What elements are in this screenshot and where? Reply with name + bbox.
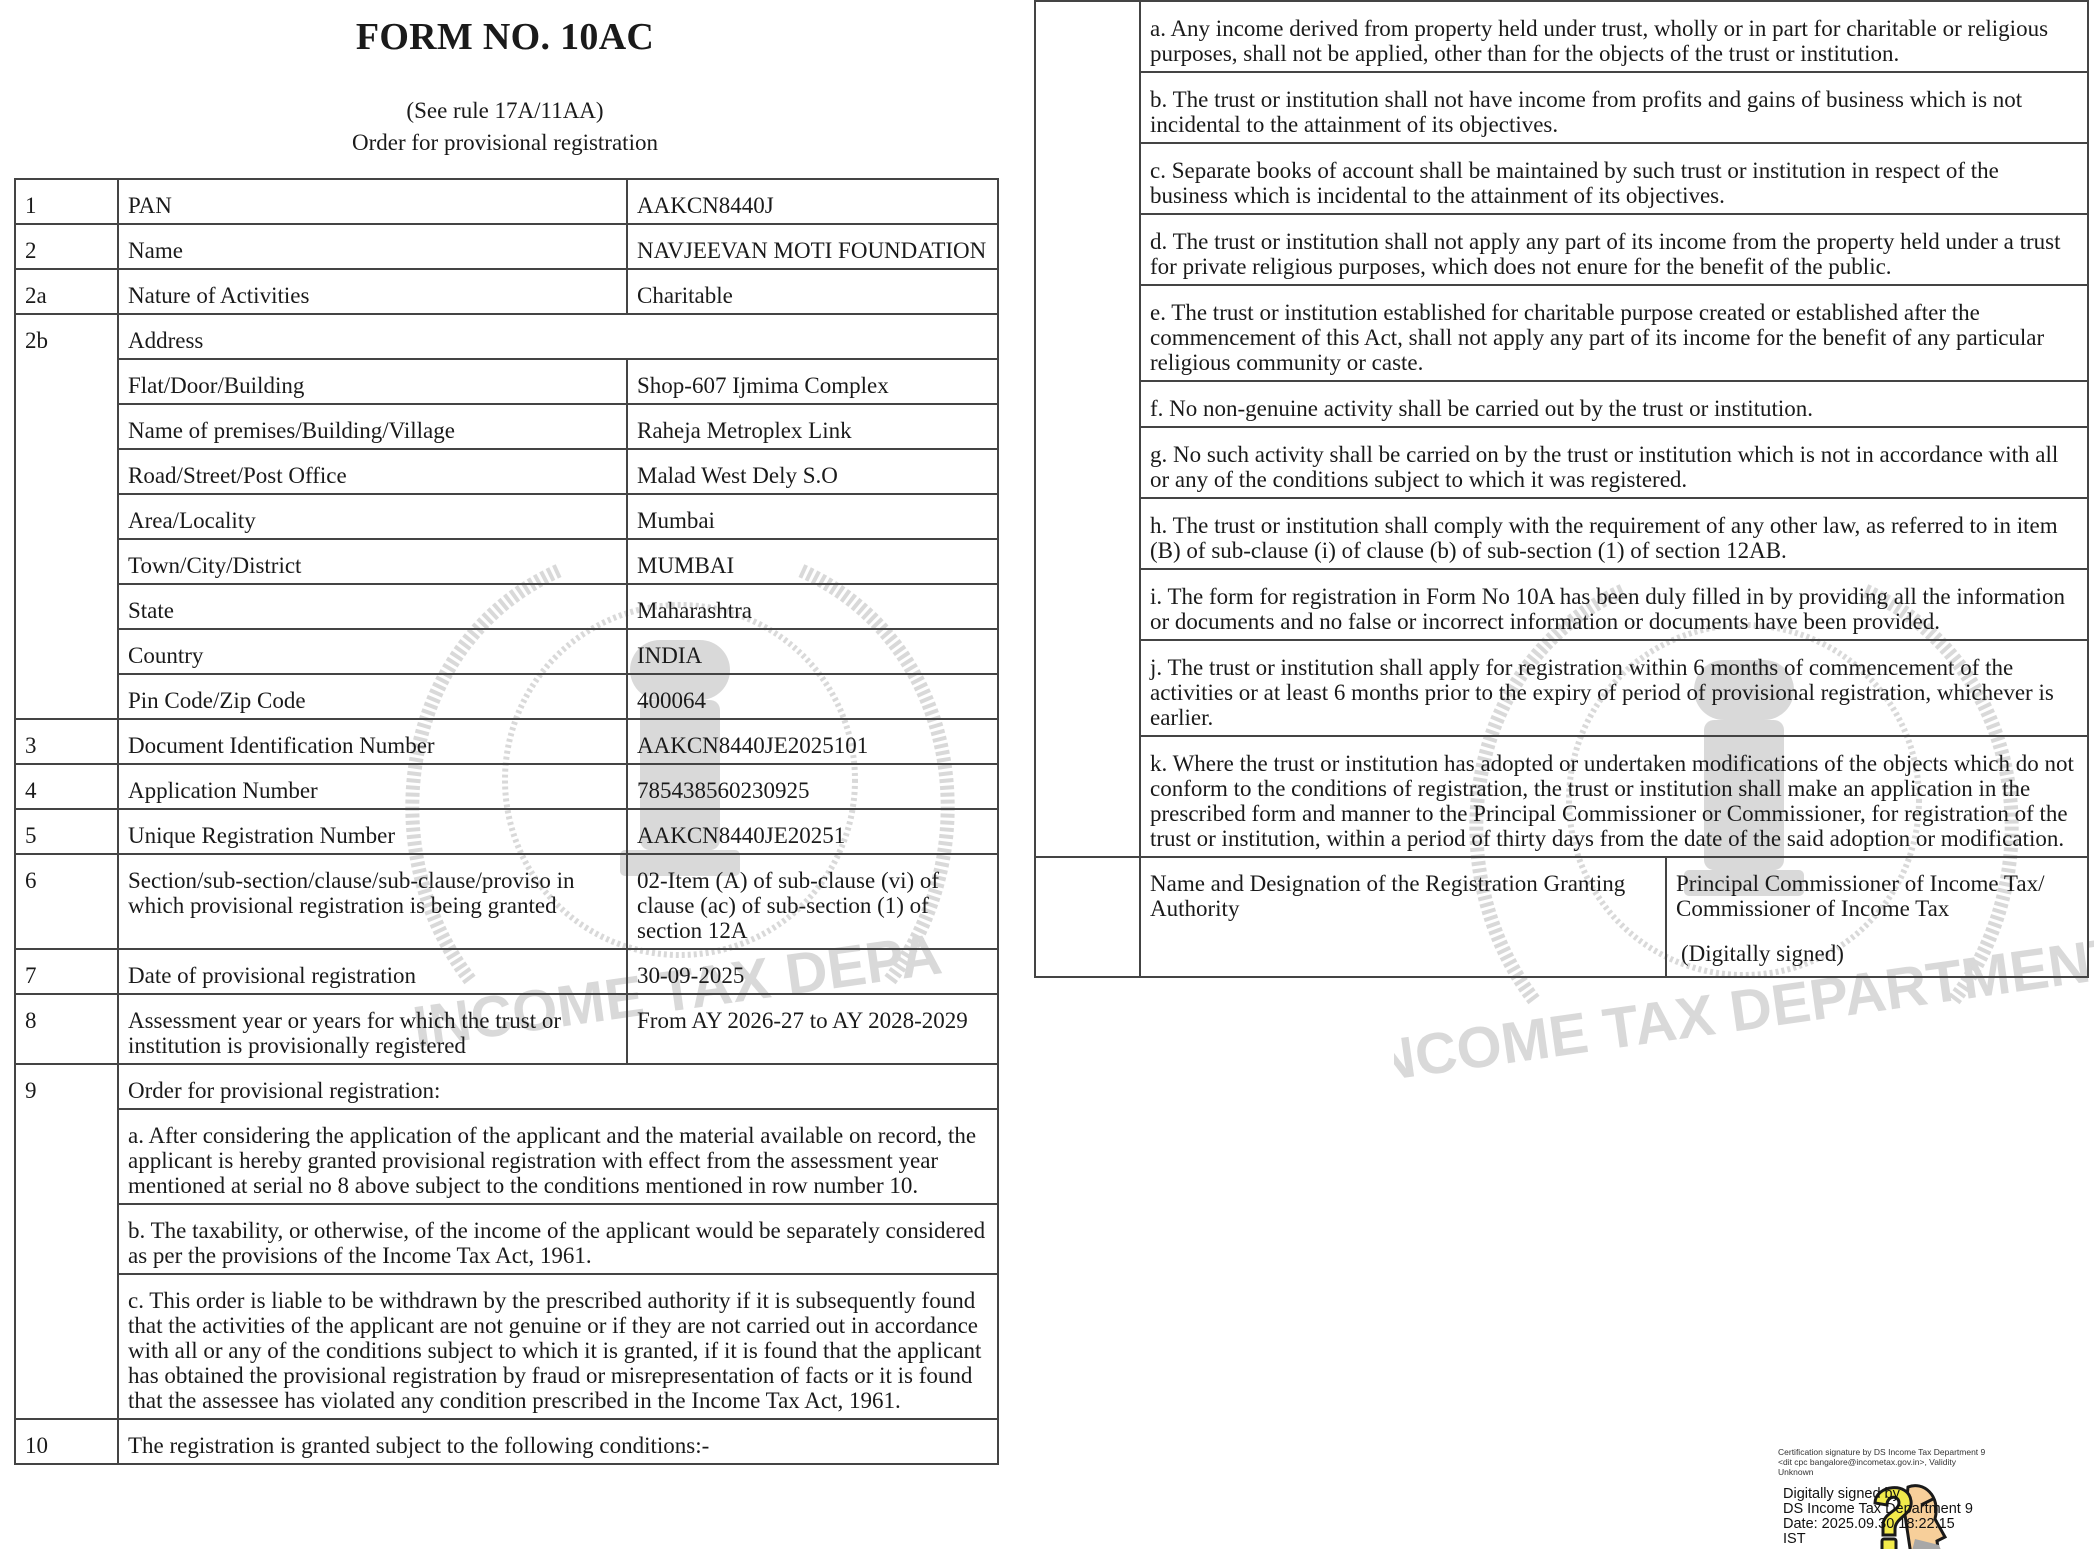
address-field-row: State Maharashtra [15,584,998,629]
digital-signature-block[interactable]: Certification signature by DS Income Tax… [1778,1447,2078,1547]
row-number: 1 [15,179,118,224]
form-title: FORM NO. 10AC [0,12,1010,62]
condition-text: h. The trust or institution shall comply… [1140,498,2088,569]
form-page-1: INCOME TAX DEPA FORM NO. 10AC (See rule … [0,0,1010,160]
table-row-urn: 5 Unique Registration Number AAKCN8440JE… [15,809,998,854]
row-number: 4 [15,764,118,809]
row-label: Document Identification Number [118,719,627,764]
registration-date-value: 30-09-2025 [627,949,998,994]
condition-text: g. No such activity shall be carried on … [1140,427,2088,498]
signature-details: Digitally signed by DS Income Tax Depart… [1778,1487,2078,1547]
table-row-assessment-year: 8 Assessment year or years for which the… [15,994,998,1064]
table-row-date: 7 Date of provisional registration 30-09… [15,949,998,994]
certification-note: Certification signature by DS Income Tax… [1778,1447,2078,1477]
address-field-value: MUMBAI [627,539,998,584]
address-field-row: Town/City/District MUMBAI [15,539,998,584]
pan-value: AAKCN8440J [627,179,998,224]
condition-text: d. The trust or institution shall not ap… [1140,214,2088,285]
table-row-nature: 2a Nature of Activities Charitable [15,269,998,314]
nature-value: Charitable [627,269,998,314]
order-item: b. The taxability, or otherwise, of the … [15,1204,998,1274]
condition-text: a. Any income derived from property held… [1140,1,2088,72]
cert-note-line: Certification signature by DS Income Tax… [1778,1447,2078,1457]
address-field-value: 400064 [627,674,998,719]
condition-text: b. The trust or institution shall not ha… [1140,72,2088,143]
condition-item: a. Any income derived from property held… [1035,1,2088,72]
address-field-row: Pin Code/Zip Code 400064 [15,674,998,719]
condition-item: i. The form for registration in Form No … [1035,569,2088,640]
row-label: Application Number [118,764,627,809]
condition-text: e. The trust or institution established … [1140,285,2088,381]
table-row-application: 4 Application Number 785438560230925 [15,764,998,809]
address-field-row: Flat/Door/Building Shop-607 Ijmima Compl… [15,359,998,404]
table-row-address: 2b Address [15,314,998,359]
row-label: Date of provisional registration [118,949,627,994]
condition-item: c. Separate books of account shall be ma… [1035,143,2088,214]
form-page-2: INCOME TAX DEPARTMENT a. Any income deri… [1034,0,2088,1549]
address-field-value: Raheja Metroplex Link [627,404,998,449]
row-label: Section/sub-section/clause/sub-clause/pr… [118,854,627,949]
din-value: AAKCN8440JE2025101 [627,719,998,764]
condition-text: f. No non-genuine activity shall be carr… [1140,381,2088,427]
signature-timezone: IST [1783,1532,2078,1547]
form-subtitle: Order for provisional registration [0,126,1010,160]
order-item: a. After considering the application of … [15,1109,998,1204]
row-number: 2a [15,269,118,314]
signature-date: Date: 2025.09.30 18:22:15 [1783,1517,2078,1532]
condition-item: k. Where the trust or institution has ad… [1035,736,2088,857]
order-item-text: a. After considering the application of … [118,1109,998,1204]
row-number: 5 [15,809,118,854]
address-field-value: Mumbai [627,494,998,539]
address-field-label: Name of premises/Building/Village [118,404,627,449]
assessment-year-value: From AY 2026-27 to AY 2028-2029 [627,994,998,1064]
urn-value: AAKCN8440JE20251 [627,809,998,854]
row-number: 2b [15,314,118,719]
table-row-din: 3 Document Identification Number AAKCN84… [15,719,998,764]
row-number: 6 [15,854,118,949]
section-value: 02-Item (A) of sub-clause (vi) of clause… [627,854,998,949]
row-number: 7 [15,949,118,994]
address-field-label: Area/Locality [118,494,627,539]
signature-line: Digitally signed by [1783,1487,2078,1502]
name-value: NAVJEEVAN MOTI FOUNDATION [627,224,998,269]
address-field-label: Town/City/District [118,539,627,584]
row-number: 3 [15,719,118,764]
order-item-text: b. The taxability, or otherwise, of the … [118,1204,998,1274]
row-number: 2 [15,224,118,269]
row-number-continued [1035,1,1140,857]
address-field-label: State [118,584,627,629]
address-field-label: Road/Street/Post Office [118,449,627,494]
row-label: PAN [118,179,627,224]
address-field-row: Name of premises/Building/Village Raheja… [15,404,998,449]
row-label: Nature of Activities [118,269,627,314]
condition-item: b. The trust or institution shall not ha… [1035,72,2088,143]
row-number-empty [1035,857,1140,977]
address-field-row: Country INDIA [15,629,998,674]
application-number-value: 785438560230925 [627,764,998,809]
condition-text: c. Separate books of account shall be ma… [1140,143,2088,214]
table-row-name: 2 Name NAVJEEVAN MOTI FOUNDATION [15,224,998,269]
order-item-text: c. This order is liable to be withdrawn … [118,1274,998,1419]
cert-note-line: <dit cpc bangalore@incometax.gov.in>, Va… [1778,1457,2078,1467]
row-number: 10 [15,1419,118,1464]
condition-text: i. The form for registration in Form No … [1140,569,2088,640]
table-row-pan: 1 PAN AAKCN8440J [15,179,998,224]
authority-designation: Principal Commissioner of Income Tax/ Co… [1666,857,2088,977]
row-label: Name [118,224,627,269]
table-row-order: 9 Order for provisional registration: [15,1064,998,1109]
conditions-table: a. Any income derived from property held… [1034,0,2089,978]
registration-details-table: 1 PAN AAKCN8440J 2 Name NAVJEEVAN MOTI F… [14,178,999,1465]
address-field-label: Pin Code/Zip Code [118,674,627,719]
row-number: 8 [15,994,118,1064]
condition-item: h. The trust or institution shall comply… [1035,498,2088,569]
digitally-signed-note: (Digitally signed) [1676,941,2078,966]
address-field-label: Flat/Door/Building [118,359,627,404]
address-field-value: INDIA [627,629,998,674]
condition-item: g. No such activity shall be carried on … [1035,427,2088,498]
condition-item: f. No non-genuine activity shall be carr… [1035,381,2088,427]
condition-text: j. The trust or institution shall apply … [1140,640,2088,736]
address-field-label: Country [118,629,627,674]
address-field-value: Shop-607 Ijmima Complex [627,359,998,404]
row-number: 9 [15,1064,118,1419]
address-field-row: Road/Street/Post Office Malad West Dely … [15,449,998,494]
condition-item: e. The trust or institution established … [1035,285,2088,381]
authority-label: Name and Designation of the Registration… [1140,857,1666,977]
row-label: Unique Registration Number [118,809,627,854]
row-label: Assessment year or years for which the t… [118,994,627,1064]
table-row-section: 6 Section/sub-section/clause/sub-clause/… [15,854,998,949]
row-label: The registration is granted subject to t… [118,1419,998,1464]
rule-reference: (See rule 17A/11AA) [0,96,1010,126]
order-item: c. This order is liable to be withdrawn … [15,1274,998,1419]
condition-item: d. The trust or institution shall not ap… [1035,214,2088,285]
signoff-row: Name and Designation of the Registration… [1035,857,2088,977]
condition-text: k. Where the trust or institution has ad… [1140,736,2088,857]
row-label: Order for provisional registration: [118,1064,998,1109]
designation-text: Principal Commissioner of Income Tax/ Co… [1676,871,2078,921]
row-label: Address [118,314,998,359]
address-field-value: Maharashtra [627,584,998,629]
table-row-conditions: 10 The registration is granted subject t… [15,1419,998,1464]
condition-item: j. The trust or institution shall apply … [1035,640,2088,736]
address-field-value: Malad West Dely S.O [627,449,998,494]
signer-name: DS Income Tax Department 9 [1783,1502,2078,1517]
address-field-row: Area/Locality Mumbai [15,494,998,539]
